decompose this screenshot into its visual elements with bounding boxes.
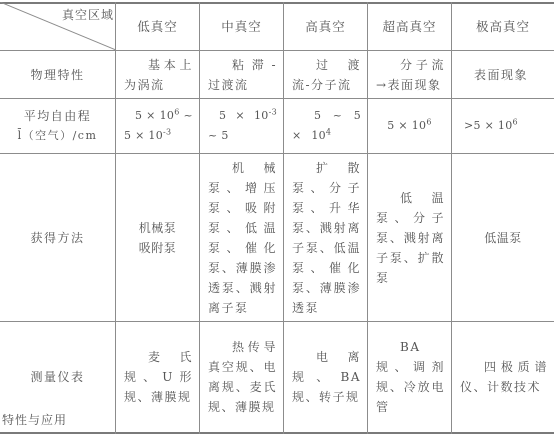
cell-text: 基本上为涡流 — [124, 55, 193, 95]
value-base: 5 × 10 — [219, 109, 269, 122]
cell-text: 分子流→表面现象 — [376, 55, 445, 95]
cell-gauge-medium: 热传导真空规、电离规、麦氏规、薄膜规 — [200, 322, 283, 432]
row-label-mean-free-path: 平均自由程 l̄（空气）/cm — [0, 99, 115, 153]
cell-text: 热传导真空规、电离规、麦氏规、薄膜规 — [208, 337, 277, 417]
cell-method-high: 扩散泵、分子泵、升华泵、溅射离子泵、低温泵、催化泵、薄膜渗透泵 — [284, 154, 367, 321]
cell-gauge-high: 电离规、BA规、转子规 — [284, 322, 367, 432]
cell-method-extreme-high: 低温泵 — [452, 154, 554, 321]
table-bottom-border — [0, 432, 554, 434]
row-label-acquisition-methods: 获得方法 — [0, 154, 115, 321]
cell-text: 粘滞-过渡流 — [208, 55, 277, 95]
value-base: 5 × 10 — [387, 119, 426, 132]
row-label-measuring-instruments: 测量仪表 — [0, 322, 115, 432]
column-header-medium-vacuum: 中真空 — [200, 4, 283, 50]
cell-text: 扩散泵、分子泵、升华泵、溅射离子泵、低温泵、催化泵、薄膜渗透泵 — [292, 158, 361, 318]
value-exponent: 6 — [426, 117, 431, 126]
cell-mfp-low: 5 × 106 ~ 5 × 10-3 — [116, 99, 199, 153]
cell-physical-extreme-high: 表面现象 — [452, 51, 554, 98]
value-exponent: 4 — [326, 127, 331, 136]
value-base: 5 × 10 — [135, 109, 174, 122]
value-base: 5 ~ 5 × 10 — [292, 109, 361, 142]
cell-physical-low: 基本上为涡流 — [116, 51, 199, 98]
cell-text: 机械泵、增压泵、吸附泵、低温泵、催化泵、薄膜渗透泵、溅射离子泵 — [208, 158, 277, 318]
value-exponent: 6 — [513, 117, 518, 126]
cell-mfp-ultra-high: 5 × 106 — [368, 99, 451, 153]
cell-method-low: 机械泵 吸附泵 — [116, 154, 199, 321]
cell-method-ultra-high: 低温泵、分子泵、溅射离子泵、扩散泵 — [368, 154, 451, 321]
cell-mfp-extreme-high: >5 × 106 — [452, 99, 554, 153]
cell-physical-medium: 粘滞-过渡流 — [200, 51, 283, 98]
label-line: l̄（空气）/cm — [18, 126, 98, 146]
cell-text: 四极质谱仪、计数技术 — [460, 357, 548, 397]
cell-method-medium: 机械泵、增压泵、吸附泵、低温泵、催化泵、薄膜渗透泵、溅射离子泵 — [200, 154, 283, 321]
cell-text: 电离规、BA规、转子规 — [292, 347, 361, 407]
cell-gauge-extreme-high: 四极质谱仪、计数技术 — [452, 322, 554, 432]
value-base: >5 × 10 — [464, 119, 513, 132]
value-exponent: -3 — [269, 107, 277, 116]
cell-mfp-high: 5 ~ 5 × 104 — [284, 99, 367, 153]
column-header-ultra-high-vacuum: 超高真空 — [368, 4, 451, 50]
column-header-high-vacuum: 高真空 — [284, 4, 367, 50]
cell-gauge-low: 麦氏规、U形规、薄膜规 — [116, 322, 199, 432]
cell-text: BA规、调剂规、冷放电管 — [376, 337, 445, 417]
vacuum-regions-table: 真空区域 特性与应用 低真空 中真空 高真空 超高真空 极高真空 物理特性 基本… — [0, 2, 554, 434]
cell-gauge-ultra-high: BA规、调剂规、冷放电管 — [368, 322, 451, 432]
cell-physical-high: 过渡流-分子流 — [284, 51, 367, 98]
column-header-extreme-high-vacuum: 极高真空 — [452, 4, 554, 50]
cell-mfp-medium: 5 × 10-3 ~ 5 — [200, 99, 283, 153]
row-label-physical-properties: 物理特性 — [0, 51, 115, 98]
cell-text: 过渡流-分子流 — [292, 55, 361, 95]
value-exponent: -3 — [163, 127, 171, 136]
cell-text: 低温泵、分子泵、溅射离子泵、扩散泵 — [376, 188, 445, 288]
column-header-low-vacuum: 低真空 — [116, 4, 199, 50]
value-rest: ~ 5 — [208, 129, 229, 142]
cell-text: 表面现象 — [474, 65, 528, 85]
corner-header-region: 真空区域 — [62, 6, 114, 23]
label-line: 平均自由程 — [24, 106, 92, 126]
cell-text: 麦氏规、U形规、薄膜规 — [124, 347, 193, 407]
cell-physical-ultra-high: 分子流→表面现象 — [368, 51, 451, 98]
